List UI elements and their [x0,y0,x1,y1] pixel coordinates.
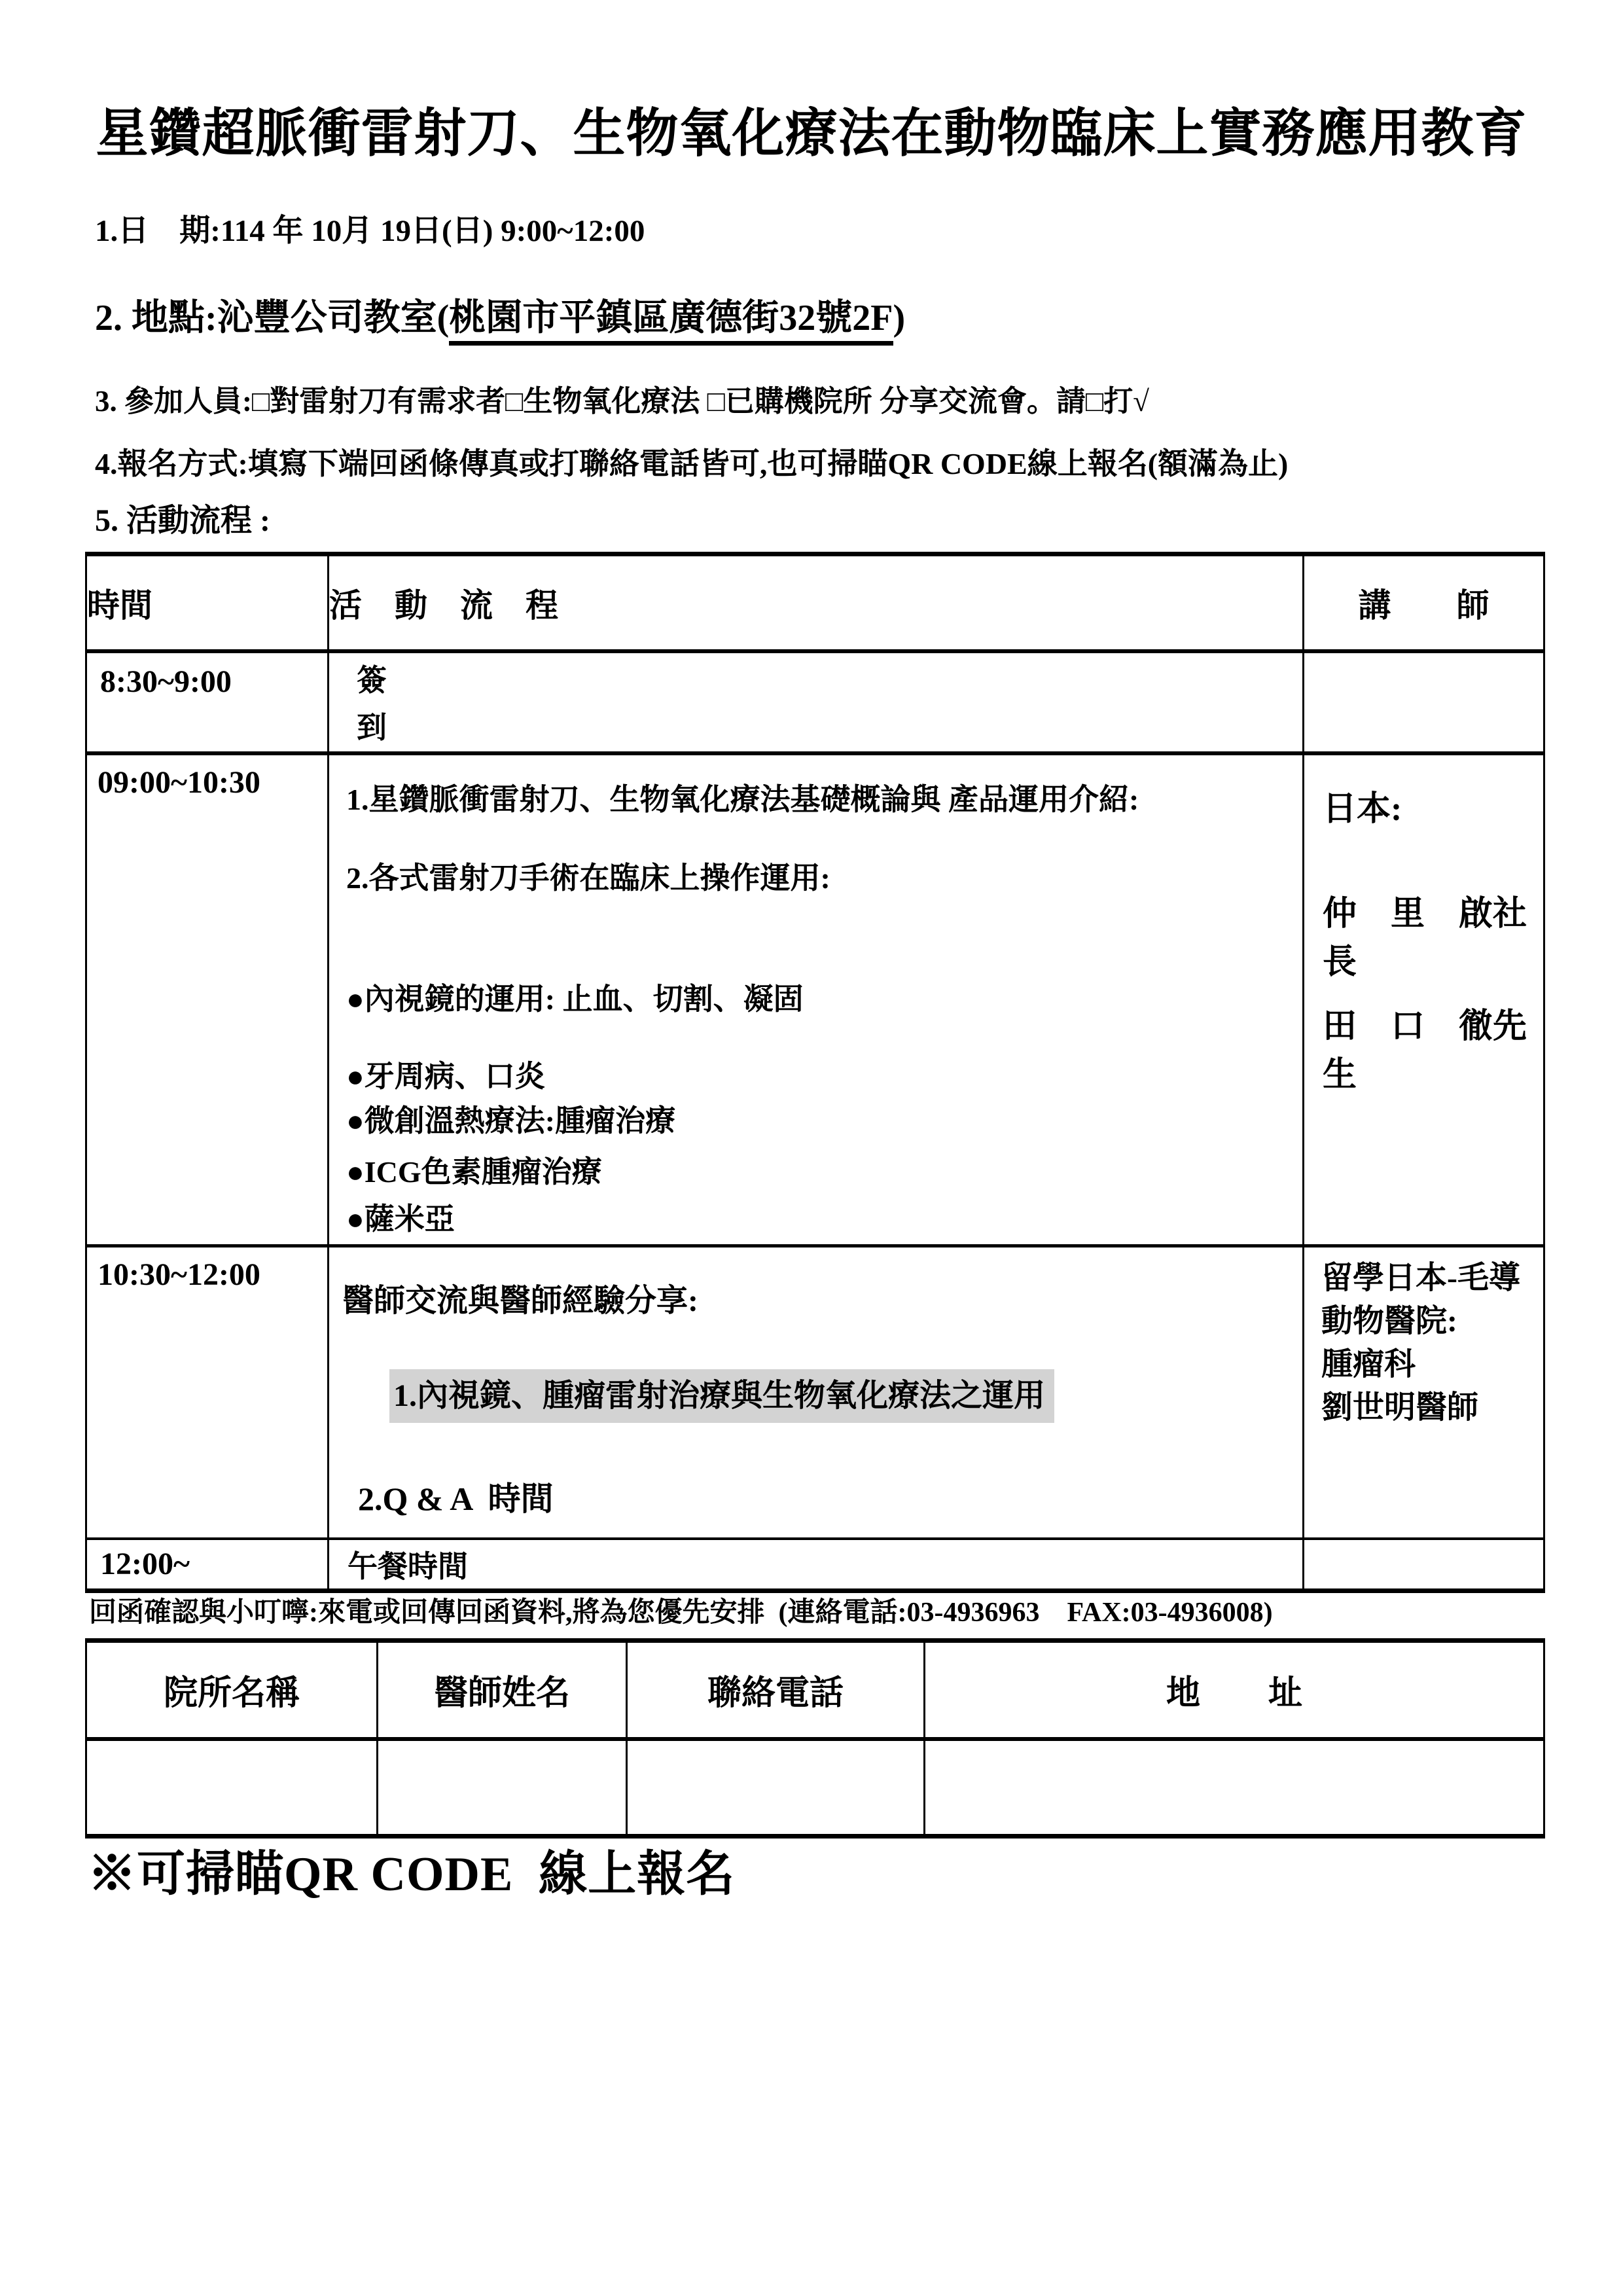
page-title: 星鑽超脈衝雷射刀、生物氧化療法在動物臨床上實務應用教育 [0,98,1623,170]
info-registration-method: 4.報名方式:填寫下端回函條傳真或打聯絡電話皆可,也可掃瞄QR CODE線上報名… [95,444,1288,484]
sharing-topic-qa: 2.Q & A 時間 [358,1478,1296,1520]
info-agenda-label: 5. 活動流程 : [95,501,270,541]
registration-header-row: 院所名稱 醫師姓名 聯絡電話 地 址 [86,1641,1544,1739]
registration-header-doctor: 醫師姓名 [378,1641,627,1739]
registration-header-phone: 聯絡電話 [627,1641,925,1739]
morning-session-time: 09:00~10:30 [86,753,329,1246]
schedule-header-time: 時間 [86,554,329,651]
morning-bullet-4: ●ICG色素腫瘤治療 [346,1153,1296,1192]
registration-table: 院所名稱 醫師姓名 聯絡電話 地 址 [85,1638,1545,1839]
speaker-nakazato: 仲 里 啟社長 [1323,890,1541,987]
registration-input-address[interactable] [925,1739,1544,1837]
morning-bullet-2: ●牙周病、口炎 [346,1057,1296,1096]
schedule-header-lecturer: 講 師 [1304,554,1544,651]
speaker-hospital-line-2: 動物醫院: [1321,1300,1541,1343]
sharing-topic-1: 1.內視鏡、腫瘤雷射治療與生物氧化療法之運用 [389,1369,1296,1423]
info-participants: 3. 參加人員:□對雷射刀有需求者□生物氧化療法 □已購機院所 分享交流會。請□… [95,382,1149,421]
speaker-taguchi: 田 口 徹先生 [1323,1003,1541,1100]
registration-input-clinic[interactable] [86,1739,378,1837]
schedule-table: 時間 活 動 流 程 講 師 8:30~9:00 簽 到 09:00~10:30… [85,552,1545,1593]
info-location-address-underlined: 桃園市平鎮區廣德街32號2F [449,298,893,346]
qr-code-note: ※可掃瞄QR CODE 線上報名 [88,1843,735,1906]
signin-line-2: 到 [357,704,1302,751]
sharing-session-content: 醫師交流與醫師經驗分享: 1.內視鏡、腫瘤雷射治療與生物氧化療法之運用 2.Q … [329,1246,1304,1539]
morning-topic-2: 2.各式雷射刀手術在臨床上操作運用: [346,859,1296,898]
schedule-row-sharing-session: 10:30~12:00 醫師交流與醫師經驗分享: 1.內視鏡、腫瘤雷射治療與生物… [86,1246,1544,1539]
schedule-row-lunch: 12:00~ 午餐時間 [86,1539,1544,1591]
schedule-row-signin: 8:30~9:00 簽 到 [86,651,1544,753]
signin-line-1: 簽 [357,657,1302,704]
info-date: 1.日 期:114 年 10月 19日(日) 9:00~12:00 [95,211,645,251]
speaker-department: 腫瘤科 [1321,1343,1541,1386]
reply-confirmation-note: 回函確認與小叮嚀:來電或回傳回函資料,將為您優先安排 (連絡電話:03-4936… [89,1594,1273,1631]
sharing-session-speakers: 留學日本-毛導 動物醫院: 腫瘤科 劉世明醫師 [1304,1246,1544,1539]
registration-input-row [86,1739,1544,1837]
morning-session-content: 1.星鑽脈衝雷射刀、生物氧化療法基礎概論與 產品運用介紹: 2.各式雷射刀手術在… [329,753,1304,1246]
schedule-header-row: 時間 活 動 流 程 講 師 [86,554,1544,651]
sharing-session-time: 10:30~12:00 [86,1246,329,1539]
seminar-flyer-page: 星鑽超脈衝雷射刀、生物氧化療法在動物臨床上實務應用教育 1.日 期:114 年 … [0,0,1623,2296]
registration-header-clinic: 院所名稱 [86,1641,378,1739]
schedule-header-program: 活 動 流 程 [329,554,1304,651]
schedule-row-morning-session: 09:00~10:30 1.星鑽脈衝雷射刀、生物氧化療法基礎概論與 產品運用介紹… [86,753,1544,1246]
morning-bullet-1: ●內視鏡的運用: 止血、切割、凝固 [346,980,1296,1019]
lunch-speaker-empty [1304,1539,1544,1591]
signin-speaker-empty [1304,651,1544,753]
info-location: 2. 地點:沁豐公司教室(桃園市平鎮區廣德街32號2F) [95,293,905,343]
speaker-country: 日本: [1323,785,1541,834]
speaker-liu: 劉世明醫師 [1321,1386,1541,1429]
registration-header-address: 地 址 [925,1641,1544,1739]
lunch-label: 午餐時間 [329,1539,1304,1591]
morning-session-speakers: 日本: 仲 里 啟社長 田 口 徹先生 [1304,753,1544,1246]
registration-input-doctor[interactable] [378,1739,627,1837]
highlight-span: 1.內視鏡、腫瘤雷射治療與生物氧化療法之運用 [389,1369,1054,1423]
morning-bullet-3: ●微創溫熱療法:腫瘤治療 [346,1102,1296,1141]
info-location-suffix: ) [893,298,906,338]
speaker-hospital-line-1: 留學日本-毛導 [1321,1257,1541,1300]
morning-bullet-5: ●薩米亞 [346,1200,1296,1239]
signin-content: 簽 到 [329,651,1304,753]
info-location-prefix: 2. 地點:沁豐公司教室( [95,298,449,338]
morning-topic-1: 1.星鑽脈衝雷射刀、生物氧化療法基礎概論與 產品運用介紹: [346,780,1296,819]
signin-time: 8:30~9:00 [86,651,329,753]
sharing-topic-title: 醫師交流與醫師經驗分享: [342,1280,1296,1322]
lunch-time: 12:00~ [86,1539,329,1591]
registration-input-phone[interactable] [627,1739,925,1837]
